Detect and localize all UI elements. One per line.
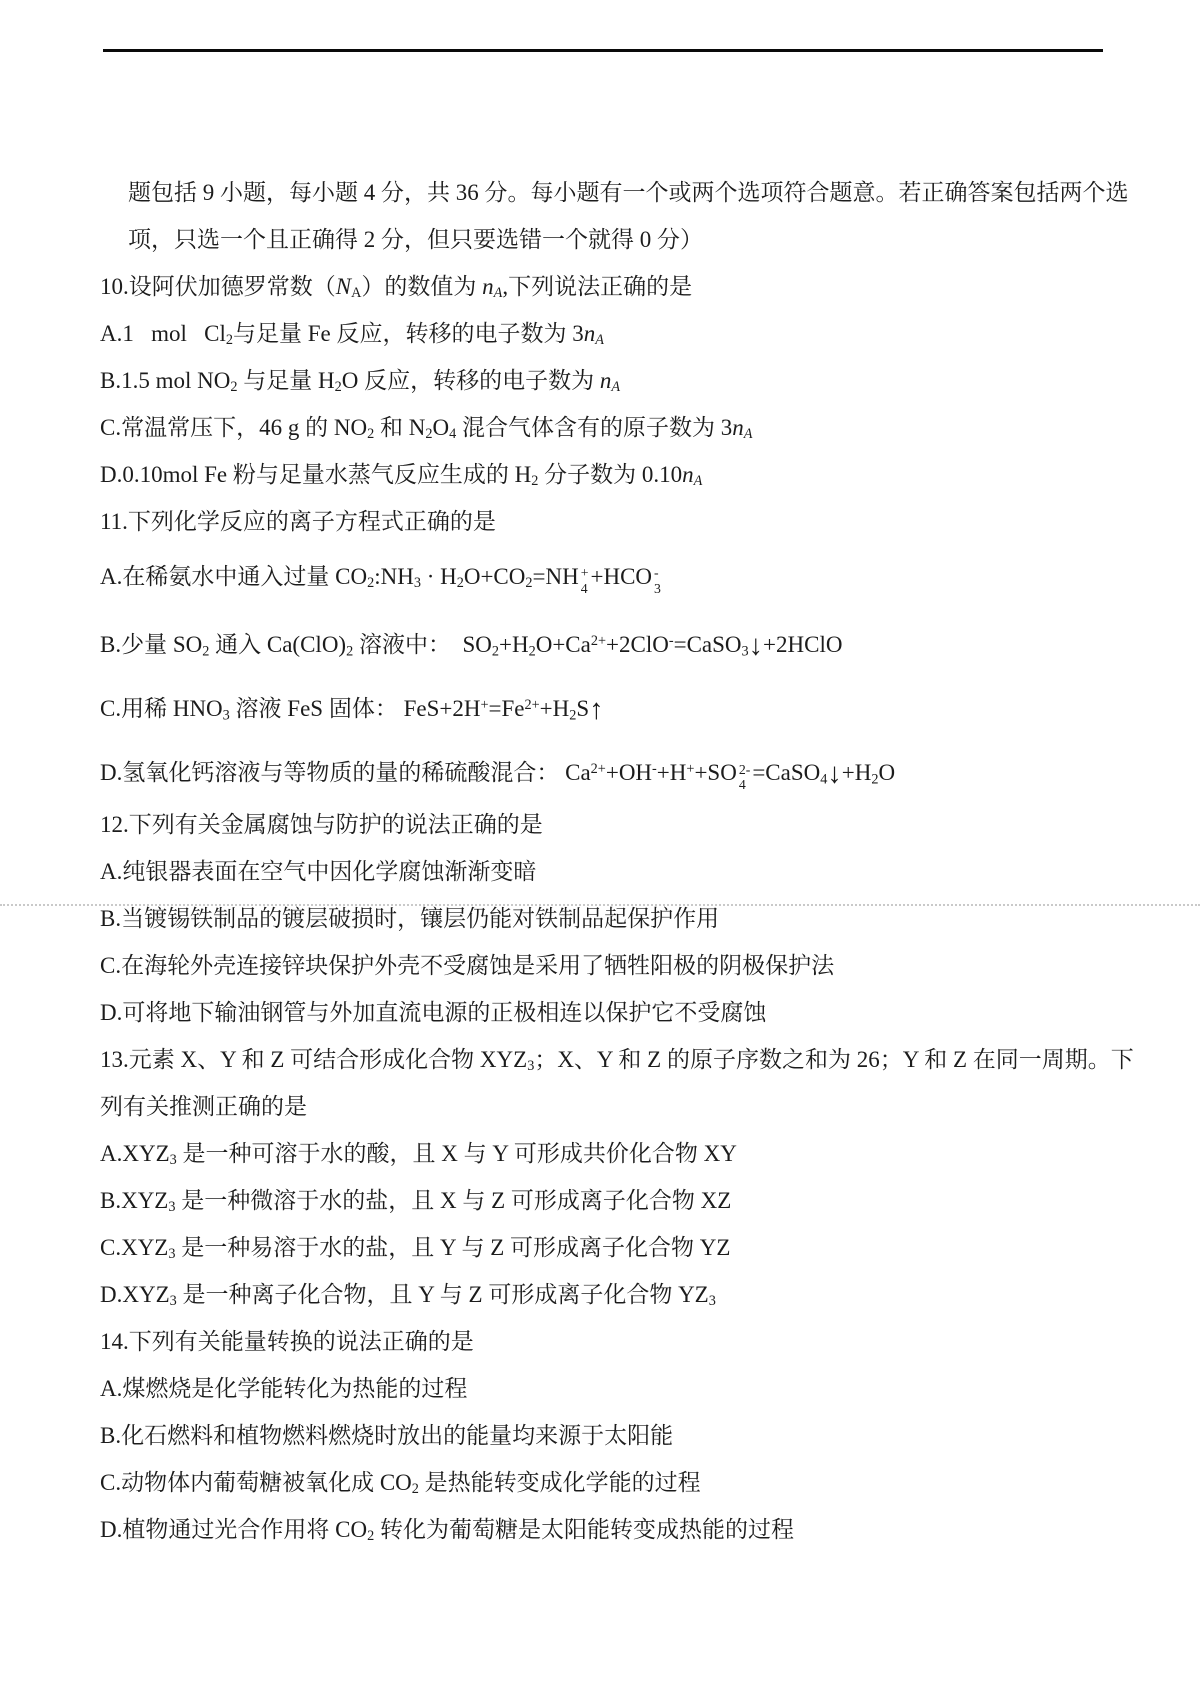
text-segment: O bbox=[432, 415, 449, 440]
intro-line-2: 项，只选一个且正确得 2 分，但只要选错一个就得 0 分） bbox=[100, 216, 1160, 263]
text-segment: =CaSO bbox=[752, 760, 820, 785]
text-segment: 分子数为 0.10 bbox=[538, 462, 682, 487]
text-segment: O bbox=[878, 760, 895, 785]
text-segment: 2 bbox=[335, 379, 342, 395]
text-segment: 2+ bbox=[591, 633, 606, 649]
option-13-C: C.XYZ3 是一种易溶于水的盐，且 Y 与 Z 可形成离子化合物 YZ bbox=[100, 1224, 1160, 1271]
stack-subscript: 4 bbox=[739, 777, 751, 792]
question-10: 10.设阿伏加德罗常数（NA）的数值为 nA,下列说法正确的是 bbox=[100, 263, 1160, 310]
text-segment: =NH bbox=[533, 564, 579, 589]
text-segment: 是一种离子化合物，且 Y 与 Z 可形成离子化合物 YZ bbox=[177, 1282, 709, 1307]
text-segment: A bbox=[611, 379, 620, 395]
text-segment: 转化为葡萄糖是太阳能转变成热能的过程 bbox=[374, 1517, 794, 1542]
text-segment: n bbox=[600, 368, 612, 393]
text-segment: 3 bbox=[742, 643, 749, 659]
text-segment: 混合气体含有的原子数为 3 bbox=[456, 415, 732, 440]
text-segment: 2 bbox=[525, 575, 532, 591]
text-segment: 2 bbox=[529, 643, 536, 659]
text-segment: 与足量 H bbox=[237, 368, 334, 393]
text-segment: 12.下列有关金属腐蚀与防护的说法正确的是 bbox=[100, 812, 543, 837]
exam-page: 题包括 9 小题，每小题 4 分，共 36 分。每小题有一个或两个选项符合题意。… bbox=[0, 0, 1200, 1698]
text-segment: +H bbox=[842, 760, 872, 785]
text-segment: N bbox=[336, 274, 351, 299]
text-segment: A bbox=[595, 332, 604, 348]
text-segment: 是一种可溶于水的酸，且 X 与 Y 可形成共价化合物 XY bbox=[177, 1141, 737, 1166]
text-segment: A bbox=[351, 285, 361, 301]
text-segment: +H bbox=[540, 696, 570, 721]
text-segment: A.XYZ bbox=[100, 1141, 170, 1166]
text-segment: 3 bbox=[168, 1199, 175, 1215]
stack-subscript: 4 bbox=[581, 581, 589, 596]
text-segment: +H bbox=[657, 760, 687, 785]
text-segment: D.可将地下输油钢管与外加直流电源的正极相连以保护它不受腐蚀 bbox=[100, 1000, 766, 1025]
text-segment: ↑ bbox=[589, 693, 603, 725]
stack-superscript: + bbox=[581, 565, 589, 580]
text-segment: 和 N bbox=[374, 415, 425, 440]
text-segment: 2+ bbox=[591, 761, 606, 777]
text-segment: ）的数值为 bbox=[361, 274, 482, 299]
option-13-A: A.XYZ3 是一种可溶于水的酸，且 X 与 Y 可形成共价化合物 XY bbox=[100, 1130, 1160, 1177]
text-segment: B.少量 SO bbox=[100, 632, 202, 657]
option-14-D: D.植物通过光合作用将 CO2 转化为葡萄糖是太阳能转变成热能的过程 bbox=[100, 1506, 1160, 1553]
option-11-C: C.用稀 HNO3 溶液 FeS 固体： FeS+2H+=Fe2++H2S↑ bbox=[100, 673, 1160, 737]
option-11-B: B.少量 SO2 通入 Ca(ClO)2 溶液中： SO2+H2O+Ca2++2… bbox=[100, 609, 1160, 673]
document-body: 题包括 9 小题，每小题 4 分，共 36 分。每小题有一个或两个选项符合题意。… bbox=[100, 169, 1160, 1553]
text-segment: n bbox=[732, 415, 744, 440]
option-14-A: A.煤燃烧是化学能转化为热能的过程 bbox=[100, 1365, 1160, 1412]
ion-charge-stack: -3 bbox=[652, 565, 663, 595]
text-segment: n bbox=[584, 321, 596, 346]
text-segment: D.0.10mol Fe 粉与足量水蒸气反应生成的 H bbox=[100, 462, 531, 487]
option-13-D: D.XYZ3 是一种离子化合物，且 Y 与 Z 可形成离子化合物 YZ3 bbox=[100, 1271, 1160, 1318]
text-segment: O+Ca bbox=[536, 632, 591, 657]
intro-line-1: 题包括 9 小题，每小题 4 分，共 36 分。每小题有一个或两个选项符合题意。… bbox=[100, 169, 1160, 216]
text-segment: O+CO bbox=[464, 564, 526, 589]
option-10-C: C.常温常压下，46 g 的 NO2 和 N2O4 混合气体含有的原子数为 3n… bbox=[100, 404, 1160, 451]
text-segment: A.纯银器表面在空气中因化学腐蚀渐渐变暗 bbox=[100, 859, 536, 884]
text-segment: 3 bbox=[709, 1293, 716, 1309]
option-12-C: C.在海轮外壳连接锌块保护外壳不受腐蚀是采用了牺牲阳极的阴极保护法 bbox=[100, 942, 1160, 989]
top-rule bbox=[103, 49, 1103, 52]
text-segment: +HCO bbox=[591, 564, 653, 589]
text-segment: 2 bbox=[492, 643, 499, 659]
ion-charge-stack: 2-4 bbox=[737, 762, 753, 792]
text-segment: C.用稀 HNO bbox=[100, 696, 223, 721]
ion-charge-stack: +4 bbox=[579, 565, 591, 595]
text-segment: A bbox=[694, 473, 703, 489]
text-segment: 是热能转变成化学能的过程 bbox=[419, 1470, 701, 1495]
text-segment: 3 bbox=[170, 1293, 177, 1309]
text-segment: 14.下列有关能量转换的说法正确的是 bbox=[100, 1329, 474, 1354]
text-segment: +H bbox=[499, 632, 529, 657]
text-segment: ↓ bbox=[827, 757, 841, 789]
text-segment: +2ClO bbox=[606, 632, 669, 657]
question-12: 12.下列有关金属腐蚀与防护的说法正确的是 bbox=[100, 801, 1160, 848]
text-segment: 溶液中： SO bbox=[353, 632, 492, 657]
text-segment: +2HClO bbox=[763, 632, 842, 657]
text-segment: D.XYZ bbox=[100, 1282, 170, 1307]
text-segment: 是一种微溶于水的盐，且 X 与 Z 可形成离子化合物 XZ bbox=[176, 1188, 732, 1213]
text-segment: · H bbox=[421, 564, 457, 589]
option-11-D: D.氢氧化钙溶液与等物质的量的稀硫酸混合： Ca2++OH-+H++SO2-4=… bbox=[100, 737, 1160, 801]
text-segment: +OH bbox=[606, 760, 652, 785]
text-segment: n bbox=[682, 462, 694, 487]
text-segment: =CaSO bbox=[674, 632, 742, 657]
text-segment: 题包括 9 小题，每小题 4 分，共 36 分。每小题有一个或两个选项符合题意。… bbox=[128, 180, 1129, 205]
stack-superscript: - bbox=[654, 565, 661, 580]
text-segment: 溶液 FeS 固体： FeS+2H bbox=[230, 696, 481, 721]
text-segment: D.氢氧化钙溶液与等物质的量的稀硫酸混合： Ca bbox=[100, 760, 591, 785]
text-segment: B.1.5 mol NO bbox=[100, 368, 230, 393]
text-segment: 3 bbox=[223, 707, 230, 723]
text-segment: n bbox=[482, 274, 494, 299]
text-segment: 与足量 Fe 反应，转移的电子数为 3 bbox=[233, 321, 584, 346]
text-segment: 2 bbox=[457, 575, 464, 591]
text-segment: D.植物通过光合作用将 CO bbox=[100, 1517, 367, 1542]
text-segment: 10.设阿伏加德罗常数（ bbox=[100, 274, 336, 299]
text-segment: O 反应，转移的电子数为 bbox=[342, 368, 600, 393]
text-segment: C.动物体内葡萄糖被氧化成 CO bbox=[100, 1470, 412, 1495]
text-segment: 11.下列化学反应的离子方程式正确的是 bbox=[100, 509, 496, 534]
text-segment: + bbox=[480, 697, 488, 713]
text-segment: C.在海轮外壳连接锌块保护外壳不受腐蚀是采用了牺牲阳极的阴极保护法 bbox=[100, 953, 834, 978]
option-13-B: B.XYZ3 是一种微溶于水的盐，且 X 与 Z 可形成离子化合物 XZ bbox=[100, 1177, 1160, 1224]
text-segment: +SO bbox=[694, 760, 736, 785]
text-segment: 3 bbox=[414, 575, 421, 591]
question-14: 14.下列有关能量转换的说法正确的是 bbox=[100, 1318, 1160, 1365]
option-12-A: A.纯银器表面在空气中因化学腐蚀渐渐变暗 bbox=[100, 848, 1160, 895]
stack-subscript: 3 bbox=[654, 581, 661, 596]
text-segment: C.XYZ bbox=[100, 1235, 168, 1260]
text-segment: 2 bbox=[412, 1481, 419, 1497]
text-segment: C.常温常压下，46 g 的 NO bbox=[100, 415, 367, 440]
text-segment: :NH bbox=[374, 564, 414, 589]
stack-superscript: 2- bbox=[739, 762, 751, 777]
text-segment: B.XYZ bbox=[100, 1188, 168, 1213]
question-11: 11.下列化学反应的离子方程式正确的是 bbox=[100, 498, 1160, 545]
option-10-A: A.1 mol Cl2与足量 Fe 反应，转移的电子数为 3nA bbox=[100, 310, 1160, 357]
text-segment: A.煤燃烧是化学能转化为热能的过程 bbox=[100, 1376, 467, 1401]
text-segment: =Fe bbox=[489, 696, 525, 721]
text-segment: A.1 mol Cl bbox=[100, 321, 226, 346]
question-13-line-1: 13.元素 X、Y 和 Z 可结合形成化合物 XYZ3；X、Y 和 Z 的原子序… bbox=[100, 1036, 1160, 1083]
text-segment: 2+ bbox=[525, 697, 540, 713]
option-12-B: B.当镀锡铁制品的镀层破损时，镶层仍能对铁制品起保护作用 bbox=[100, 895, 1160, 942]
option-10-D: D.0.10mol Fe 粉与足量水蒸气反应生成的 H2 分子数为 0.10nA bbox=[100, 451, 1160, 498]
option-14-B: B.化石燃料和植物燃料燃烧时放出的能量均来源于太阳能 bbox=[100, 1412, 1160, 1459]
text-segment: 13.元素 X、Y 和 Z 可结合形成化合物 XYZ bbox=[100, 1047, 527, 1072]
text-segment: 通入 Ca(ClO) bbox=[209, 632, 346, 657]
text-segment: B.当镀锡铁制品的镀层破损时，镶层仍能对铁制品起保护作用 bbox=[100, 906, 719, 931]
option-10-B: B.1.5 mol NO2 与足量 H2O 反应，转移的电子数为 nA bbox=[100, 357, 1160, 404]
text-segment: 3 bbox=[170, 1152, 177, 1168]
text-segment: ↓ bbox=[749, 629, 763, 661]
text-segment: ,下列说法正确的是 bbox=[502, 274, 692, 299]
text-segment: A bbox=[744, 426, 753, 442]
text-segment: 项，只选一个且正确得 2 分，但只要选错一个就得 0 分） bbox=[128, 227, 703, 252]
option-14-C: C.动物体内葡萄糖被氧化成 CO2 是热能转变成化学能的过程 bbox=[100, 1459, 1160, 1506]
option-11-A: A.在稀氨水中通入过量 CO2:NH3 · H2O+CO2=NH+4+HCO-3 bbox=[100, 545, 1160, 609]
text-segment: 列有关推测正确的是 bbox=[100, 1094, 307, 1119]
text-segment: A.在稀氨水中通入过量 CO bbox=[100, 564, 367, 589]
text-segment: 是一种易溶于水的盐，且 Y 与 Z 可形成离子化合物 YZ bbox=[176, 1235, 731, 1260]
question-13-line-2: 列有关推测正确的是 bbox=[100, 1083, 1160, 1130]
text-segment: B.化石燃料和植物燃料燃烧时放出的能量均来源于太阳能 bbox=[100, 1423, 673, 1448]
text-segment: S bbox=[576, 696, 589, 721]
option-12-D: D.可将地下输油钢管与外加直流电源的正极相连以保护它不受腐蚀 bbox=[100, 989, 1160, 1036]
text-segment: 2 bbox=[226, 332, 233, 348]
text-segment: 3 bbox=[168, 1246, 175, 1262]
text-segment: ；X、Y 和 Z 的原子序数之和为 26；Y 和 Z 在同一周期。下 bbox=[534, 1047, 1133, 1072]
